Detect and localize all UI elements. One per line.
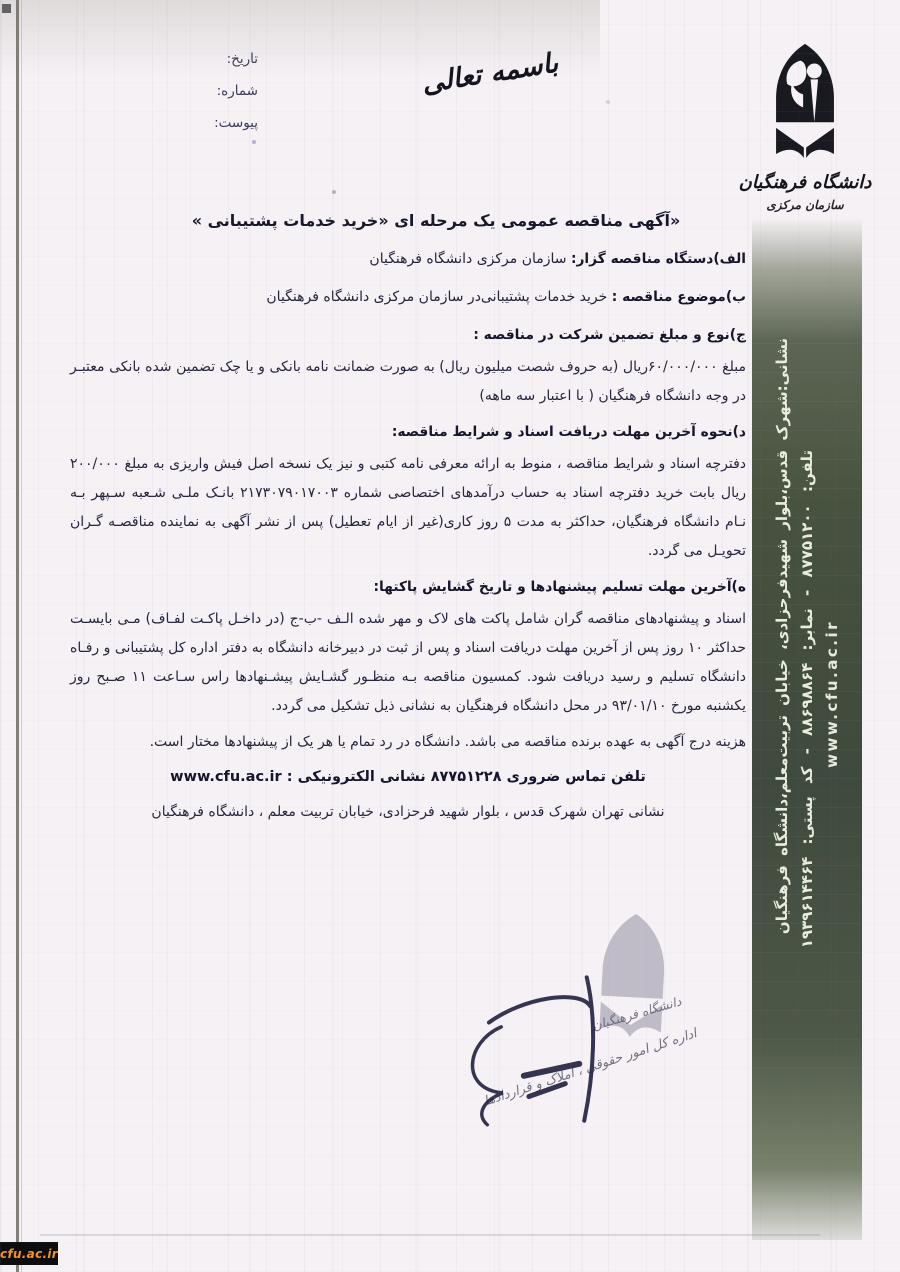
item-d-heading: د)نحوه آخرین مهلت دریافت اسناد و شرایط م… — [70, 418, 746, 447]
scan-left-border-faint — [21, 0, 22, 1272]
signature-icon — [424, 914, 766, 1166]
sidebar-vertical-text: نشانی:شهرک قدس،بلوار شهیدفرحزادی، خیابان… — [752, 300, 862, 1110]
contact-line: تلفن تماس ضروری ۸۷۷۵۱۲۲۸ نشانی الکترونیک… — [70, 763, 746, 792]
item-b-label: ب)موضوع مناقصه : — [612, 289, 746, 305]
item-b: ب)موضوع مناقصه : خرید خدمات پشتیبانی‌در … — [70, 283, 746, 312]
scan-left-border — [16, 0, 19, 1272]
watermark-badge: cfu.ac.ir — [0, 1242, 58, 1265]
paragraph-guarantee: مبلغ ۶۰/۰۰۰/۰۰۰ریال (به حروف شصت میلیون … — [70, 353, 746, 411]
university-logo: دانشگاه فرهنگیان سازمان مرکزی — [738, 42, 872, 212]
scan-speck — [606, 100, 610, 104]
scan-speck — [332, 190, 336, 194]
address-line: نشانی تهران شهرک قدس ، بلوار شهید فرحزاد… — [70, 798, 746, 827]
number-label: شماره: — [186, 82, 258, 101]
tender-notice-body: «آگهی مناقصه عمومی یک مرحله ای «خرید خدم… — [70, 206, 746, 827]
item-a-label: الف)دستگاه مناقصه گزار: — [571, 251, 746, 267]
item-c-heading: ج)نوع و مبلغ تضمین شرکت در مناقصه : — [70, 321, 746, 350]
paragraph-documents: دفترچه اسناد و شرایط مناقصه ، منوط به ار… — [70, 450, 746, 566]
letterhead-fields: تاریخ: شماره: پیوست: — [186, 50, 258, 146]
item-e-heading: ه)آخرین مهلت تسلیم پیشنهادها و تاریخ گشا… — [70, 573, 746, 602]
university-emblem-icon — [757, 42, 853, 168]
item-a: الف)دستگاه مناقصه گزار: سازمان مرکزی دان… — [70, 245, 746, 274]
attachment-label: پیوست: — [186, 114, 258, 133]
date-label: تاریخ: — [186, 50, 258, 69]
logo-university-name: دانشگاه فرهنگیان — [738, 172, 872, 193]
item-a-text: سازمان مرکزی دانشگاه فرهنگیان — [369, 251, 571, 267]
sidebar-address: نشانی:شهرک قدس،بلوار شهیدفرحزادی، خیابان… — [773, 300, 791, 1110]
paragraph-submission: اسناد و پیشنهادهای مناقصه گران شامل پاکت… — [70, 605, 746, 721]
item-b-text: خرید خدمات پشتیبانی‌در سازمان مرکزی دانش… — [266, 289, 611, 305]
sidebar-phone: تلفن: ۸۷۷۵۱۲۰۰ - نمابر: ۸۸۶۹۸۸۶۴ - کد پس… — [798, 300, 816, 1110]
note-line: هزینه درج آگهی به عهده برنده مناقصه می ب… — [70, 728, 746, 757]
scan-bottom-smudge — [40, 1234, 820, 1236]
item-d-label: د)نحوه آخرین مهلت دریافت اسناد و شرایط م… — [392, 424, 746, 440]
item-e-label: ه)آخرین مهلت تسلیم پیشنهادها و تاریخ گشا… — [374, 579, 746, 595]
stamp: دانشگاه فرهنگیان اداره کل امور حقوقی ، ا… — [424, 914, 766, 1166]
item-c-label: ج)نوع و مبلغ تضمین شرکت در مناقصه : — [473, 327, 746, 343]
tender-title: «آگهی مناقصه عمومی یک مرحله ای «خرید خدم… — [98, 206, 774, 235]
scan-corner-mark — [2, 4, 11, 13]
scanned-tender-document-page: { "watermark": { "text": "cfu.ac.ir" }, … — [0, 0, 900, 1272]
sidebar-website: www.cfu.ac.ir — [823, 300, 841, 1110]
